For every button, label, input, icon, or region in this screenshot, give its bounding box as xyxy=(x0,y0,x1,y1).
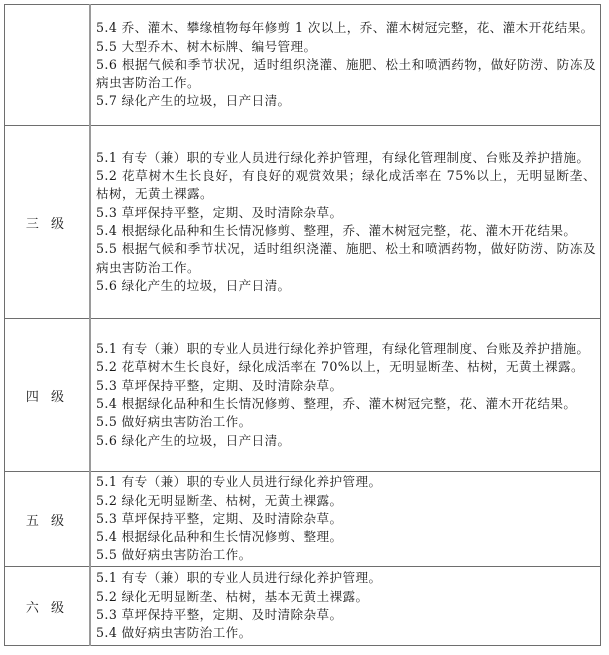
requirements-cell: 5.1 有专（兼）职的专业人员进行绿化养护管理，有绿化管理制度、台账及养护措施。… xyxy=(90,319,601,472)
requirement-item: 5.3 草坪保持平整，定期、及时清除杂草。 xyxy=(96,510,596,528)
requirement-item: 5.6 根据气候和季节状况，适时组织浇灌、施肥、松土和喷洒药物，做好防涝、防冻及… xyxy=(96,56,596,93)
requirement-item: 5.5 做好病虫害防治工作。 xyxy=(96,413,596,431)
level-cell: 五 级 xyxy=(5,472,91,567)
requirement-item: 5.6 绿化产生的垃圾，日产日清。 xyxy=(96,432,596,450)
level-cell: 三 级 xyxy=(5,126,91,319)
table-row-level-6: 六 级 5.1 有专（兼）职的专业人员进行绿化养护管理。 5.2 绿化无明显断垄… xyxy=(5,567,601,646)
requirement-item: 5.3 草坪保持平整，定期、及时清除杂草。 xyxy=(96,204,596,222)
table-row-level-5: 五 级 5.1 有专（兼）职的专业人员进行绿化养护管理。 5.2 绿化无明显断垄… xyxy=(5,472,601,567)
requirement-item: 5.1 有专（兼）职的专业人员进行绿化养护管理，有绿化管理制度、台账及养护措施。 xyxy=(96,340,596,358)
requirement-item: 5.1 有专（兼）职的专业人员进行绿化养护管理。 xyxy=(96,569,596,587)
requirement-item: 5.4 做好病虫害防治工作。 xyxy=(96,624,596,642)
greening-standards-table: 5.4 乔、灌木、攀缘植物每年修剪 1 次以上，乔、灌木树冠完整，花、灌木开花结… xyxy=(4,4,601,646)
requirements-cell: 5.1 有专（兼）职的专业人员进行绿化养护管理，有绿化管理制度、台账及养护措施。… xyxy=(90,126,601,319)
requirement-item: 5.4 根据绿化品种和生长情况修剪、整理。 xyxy=(96,528,596,546)
requirement-item: 5.4 根据绿化品种和生长情况修剪、整理，乔、灌木树冠完整，花、灌木开花结果。 xyxy=(96,395,596,413)
level-cell xyxy=(5,5,91,126)
requirement-item: 5.4 根据绿化品种和生长情况修剪、整理，乔、灌木树冠完整，花、灌木开花结果。 xyxy=(96,222,596,240)
requirements-cell: 5.4 乔、灌木、攀缘植物每年修剪 1 次以上，乔、灌木树冠完整，花、灌木开花结… xyxy=(90,5,601,126)
level-cell: 四 级 xyxy=(5,319,91,472)
requirement-item: 5.5 做好病虫害防治工作。 xyxy=(96,546,596,564)
requirement-item: 5.7 绿化产生的垃圾，日产日清。 xyxy=(96,92,596,110)
level-cell: 六 级 xyxy=(5,567,91,646)
requirement-item: 5.3 草坪保持平整，定期、及时清除杂草。 xyxy=(96,377,596,395)
table-row-level-3: 三 级 5.1 有专（兼）职的专业人员进行绿化养护管理，有绿化管理制度、台账及养… xyxy=(5,126,601,319)
requirement-item: 5.6 绿化产生的垃圾，日产日清。 xyxy=(96,277,596,295)
requirement-item: 5.1 有专（兼）职的专业人员进行绿化养护管理。 xyxy=(96,473,596,491)
requirement-item: 5.4 乔、灌木、攀缘植物每年修剪 1 次以上，乔、灌木树冠完整，花、灌木开花结… xyxy=(96,19,596,37)
requirements-cell: 5.1 有专（兼）职的专业人员进行绿化养护管理。 5.2 绿化无明显断垄、枯树，… xyxy=(90,567,601,646)
requirement-item: 5.2 花草树木生长良好，绿化成活率在 70%以上，无明显断垄、枯树，无黄土裸露… xyxy=(96,358,596,376)
table-row-continued: 5.4 乔、灌木、攀缘植物每年修剪 1 次以上，乔、灌木树冠完整，花、灌木开花结… xyxy=(5,5,601,126)
requirement-item: 5.1 有专（兼）职的专业人员进行绿化养护管理，有绿化管理制度、台账及养护措施。 xyxy=(96,149,596,167)
requirement-item: 5.5 根据气候和季节状况，适时组织浇灌、施肥、松土和喷洒药物，做好防涝、防冻及… xyxy=(96,240,596,277)
requirements-cell: 5.1 有专（兼）职的专业人员进行绿化养护管理。 5.2 绿化无明显断垄、枯树，… xyxy=(90,472,601,567)
requirement-item: 5.2 绿化无明显断垄、枯树，基本无黄土裸露。 xyxy=(96,588,596,606)
requirement-item: 5.2 绿化无明显断垄、枯树，无黄土裸露。 xyxy=(96,492,596,510)
requirement-item: 5.5 大型乔木、树木标牌、编号管理。 xyxy=(96,38,596,56)
table-row-level-4: 四 级 5.1 有专（兼）职的专业人员进行绿化养护管理，有绿化管理制度、台账及养… xyxy=(5,319,601,472)
requirement-item: 5.3 草坪保持平整，定期、及时清除杂草。 xyxy=(96,606,596,624)
requirement-item: 5.2 花草树木生长良好，有良好的观赏效果；绿化成活率在 75%以上，无明显断垄… xyxy=(96,167,596,204)
